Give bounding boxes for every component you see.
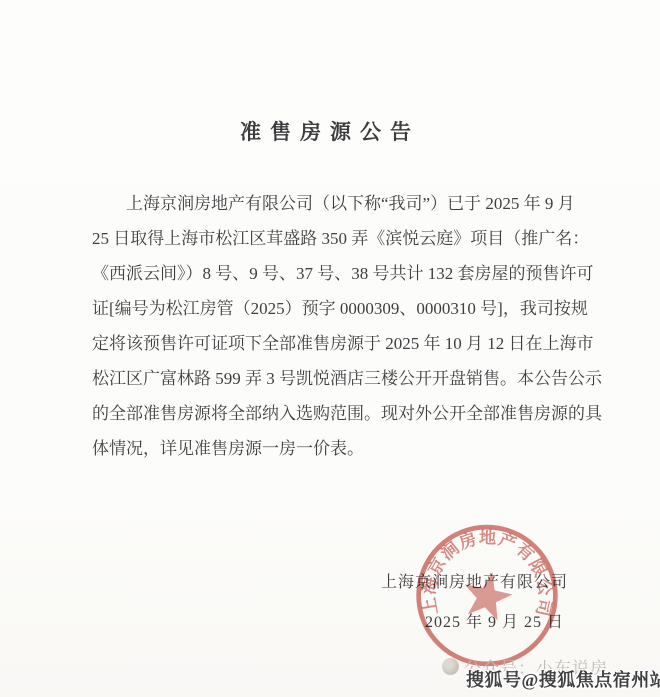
wechat-avatar-icon — [442, 658, 459, 675]
body-line: 证[编号为松江房管（2025）预字 0000309、0000310 号]，我司按… — [92, 291, 570, 326]
document-title: 准售房源公告 — [0, 116, 660, 146]
watermark-sohu: 搜狐号@搜狐焦点宿州站 — [466, 666, 660, 692]
body-line: 定将该预售许可证项下全部准售房源于 2025 年 10 月 12 日在上海市 — [92, 326, 570, 361]
announcement-body: 上海京涧房地产有限公司（以下称“我司”）已于 2025 年 9 月 25 日取得… — [92, 186, 570, 466]
seal-star-icon — [459, 567, 516, 622]
body-line: 松江区广富林路 599 弄 3 号凯悦酒店三楼公开开盘销售。本公告公示 — [92, 361, 570, 396]
body-line: 上海京涧房地产有限公司（以下称“我司”）已于 2025 年 9 月 — [92, 186, 570, 221]
body-line: 25 日取得上海市松江区茸盛路 350 弄《滨悦云庭》项目（推广名： — [92, 221, 570, 256]
body-line: 体情况，详见准售房源一房一价表。 — [92, 431, 570, 466]
announcement-document: 准售房源公告 上海京涧房地产有限公司（以下称“我司”）已于 2025 年 9 月… — [0, 0, 660, 697]
body-line: 《西派云间》）8 号、9 号、37 号、38 号共计 132 套房屋的预售许可 — [92, 256, 570, 291]
body-line: 的全部准售房源将全部纳入选购范围。现对外公开全部准售房源的具 — [92, 396, 570, 431]
company-seal-stamp: 上海京涧房地产有限公司 — [406, 522, 568, 669]
